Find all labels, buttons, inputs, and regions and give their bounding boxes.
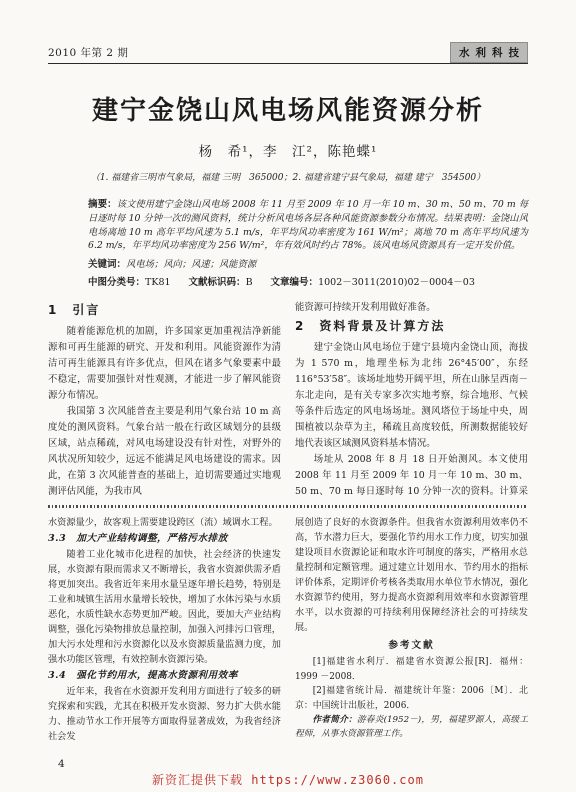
download-watermark: 新资汇提供下载 https://www.z3060.com	[0, 771, 576, 788]
abstract-text: 该文使用建宁金饶山风电场 2008 年 11 月至 2009 年 10 月一年 …	[88, 199, 528, 251]
keywords-label: 关键词：	[88, 259, 126, 270]
references-heading: 参考文献	[295, 638, 528, 653]
keywords-text: 风电场；风向；风速；风能资源	[126, 259, 256, 270]
right-column: 能资源可持续开发利用做好准备。 2 资料背景及计算方法 建宁金饶山风电场位于建宁…	[295, 300, 528, 498]
continuation-left-column: 水资源量少，故客观上需要建设跨区（流）域调水工程。 3.3 加大产业结构调整，严…	[48, 515, 281, 741]
article-title: 建宁金饶山风电场风能资源分析	[48, 90, 528, 127]
section1-paragraph-2: 我国第 3 次风能普查主要是利用气象台站 10 m 高度处的测风资料。气象台站一…	[48, 404, 281, 498]
continuation-columns: 水资源量少，故客观上需要建设跨区（流）域调水工程。 3.3 加大产业结构调整，严…	[48, 515, 528, 741]
clc-code: TK81	[145, 277, 171, 288]
section1-paragraph-1: 随着能源危机的加剧，许多国家更加重视洁净新能源和可再生能源的研究、开发和利用。风…	[48, 324, 281, 404]
main-columns: 1 引言 随着能源危机的加剧，许多国家更加重视洁净新能源和可再生能源的研究、开发…	[48, 300, 528, 498]
section2-paragraph-1: 建宁金饶山风电场位于建宁县境内金饶山顶，海拔为 1 570 m，地理坐标为北纬 …	[295, 340, 528, 452]
section34-paragraph: 近年来，我省在水资源开发利用方面进行了较多的研究探索和实践，尤其在积极开发水资源…	[48, 684, 281, 741]
reference-item-1: [1]福建省水利厅．福建省水资源公报[R]．福州：1999 －2008．	[295, 655, 528, 684]
author-bio: 作者简介：游春炎(1952－)，男，福建罗源人，高级工程师，从事水资源管理工作。	[295, 713, 528, 741]
author-bio-label: 作者简介：	[312, 715, 357, 725]
continuation-right-paragraph: 展创造了良好的水资源条件。但我省水资源利用效率仍不高，节水潜力巨大，要强化节约用…	[295, 515, 528, 635]
article-authors: 杨 希¹，李 江²，陈艳蝶¹	[48, 140, 528, 160]
clc-label: 中图分类号：	[88, 277, 145, 288]
abstract-block: 摘要：该文使用建宁金饶山风电场 2008 年 11 月至 2009 年 10 月…	[88, 198, 528, 253]
classification-line: 中图分类号：TK81文献标识码：B文章编号：1002－3011(2010)02－…	[88, 274, 528, 288]
author-affiliations: （1. 福建省三明市气象局，福建 三明 365000；2. 福建省建宁县气象局，…	[48, 170, 528, 183]
article-separator-rule	[48, 505, 528, 508]
section33-heading: 3.3 加大产业结构调整，严格污水排放	[48, 531, 281, 546]
article-id: 1002－3011(2010)02－0004－03	[318, 277, 475, 288]
abstract-label: 摘要：	[88, 199, 117, 210]
section1-heading: 1 引言	[48, 302, 281, 318]
section2-paragraph-2: 场址从 2008 年 8 月 18 日开始测风。本文使用 2008 年 11 月…	[295, 452, 528, 498]
column2-lead-line: 能资源可持续开发利用做好准备。	[295, 300, 528, 316]
left-column: 1 引言 随着能源危机的加剧，许多国家更加重视洁净新能源和可再生能源的研究、开发…	[48, 300, 281, 498]
section34-heading: 3.4 强化节约用水，提高水资源利用效率	[48, 668, 281, 683]
issue-label: 2010 年第 2 期	[48, 45, 128, 60]
article-id-label: 文章编号：	[271, 277, 319, 288]
continuation-lead-line: 水资源量少，故客观上需要建设跨区（流）域调水工程。	[48, 515, 281, 530]
journal-page: 2010 年第 2 期 水利科技 建宁金饶山风电场风能资源分析 杨 希¹，李 江…	[0, 0, 576, 792]
doc-code-label: 文献标识码：	[189, 277, 246, 288]
reference-item-2: [2]福建省统计局．福建统计年鉴：2006〔M〕．北京：中国统计出版社，2006…	[295, 684, 528, 713]
continuation-right-column: 展创造了良好的水资源条件。但我省水资源利用效率仍不高，节水潜力巨大，要强化节约用…	[295, 515, 528, 741]
doc-code: B	[246, 277, 253, 288]
journal-name-badge: 水利科技	[450, 42, 528, 63]
page-header: 2010 年第 2 期 水利科技	[48, 42, 528, 64]
keywords-line: 关键词：风电场；风向；风速；风能资源	[88, 256, 528, 270]
section33-paragraph: 随着工业化城市化进程的加快，社会经济的快速发展，水资源有限而需求又不断增长，我省…	[48, 547, 281, 667]
section2-heading: 2 资料背景及计算方法	[295, 318, 528, 334]
page-number: 4	[58, 758, 65, 770]
